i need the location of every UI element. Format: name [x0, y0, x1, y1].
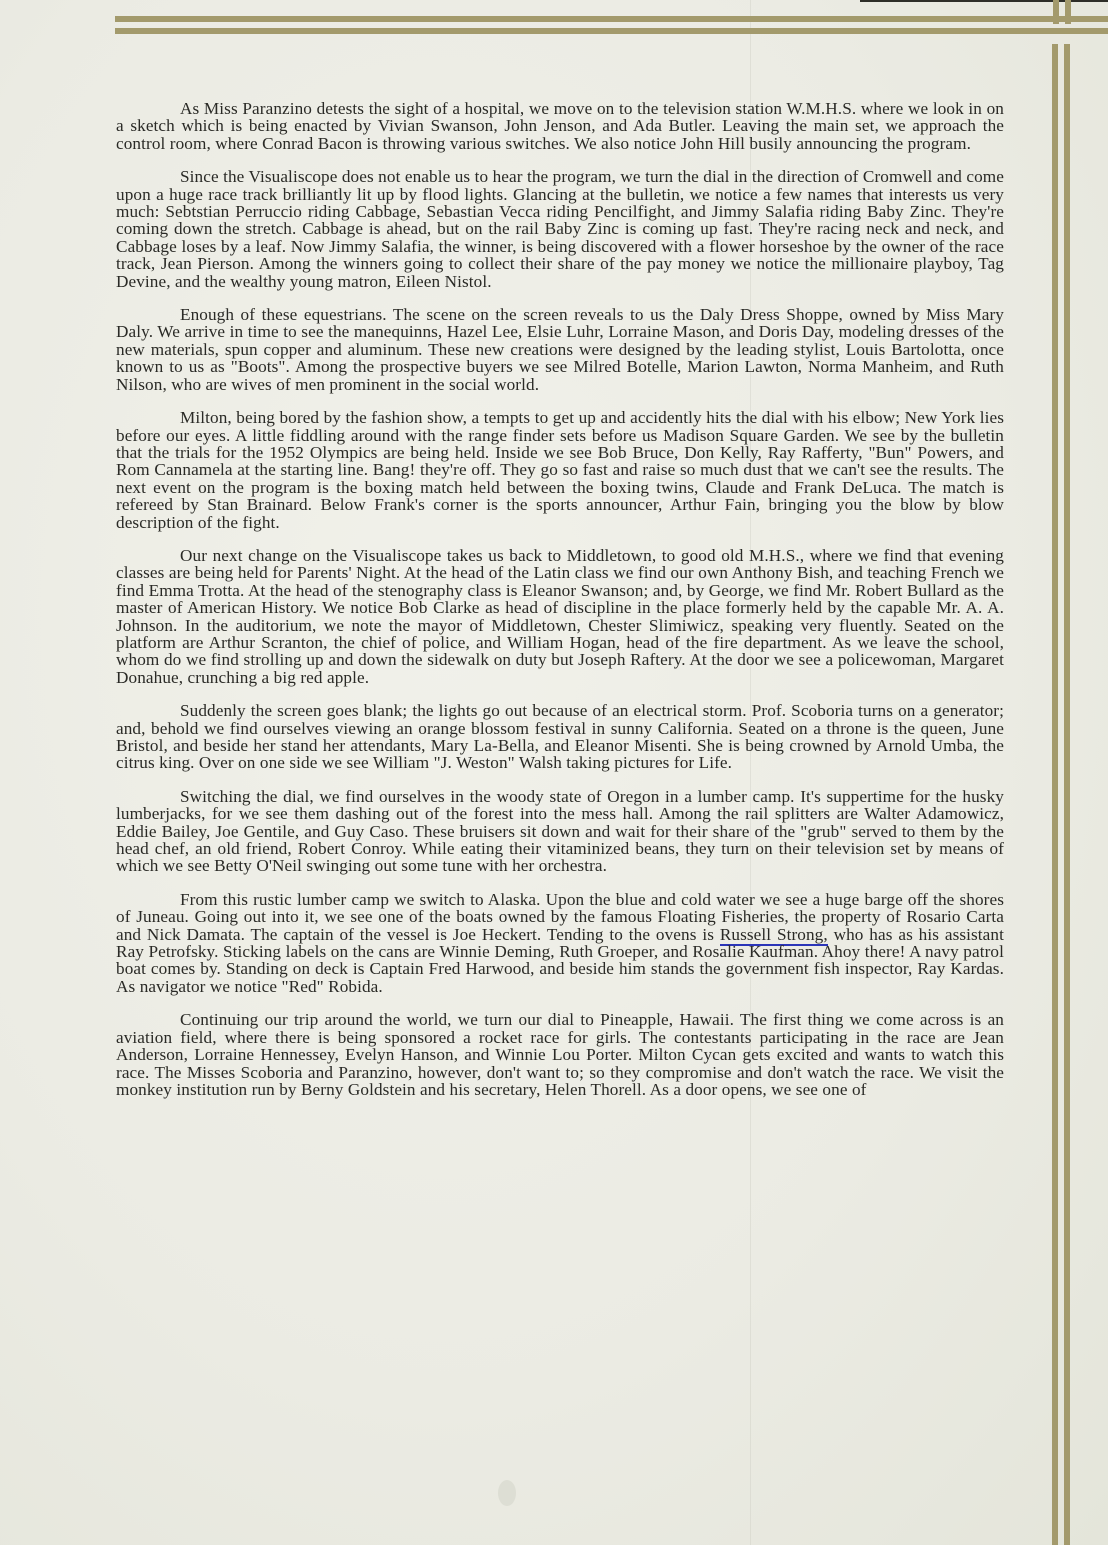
scanned-page: As Miss Paranzino detests the sight of a… [0, 0, 1108, 1545]
right-rule-left [1052, 44, 1058, 1545]
paragraph-television-station: As Miss Paranzino detests the sight of a… [116, 100, 1004, 152]
paragraph-madison-square-garden: Milton, being bored by the fashion show,… [116, 409, 1004, 531]
paragraph-hawaii: Continuing our trip around the world, we… [116, 1011, 1004, 1098]
right-rule-stub-left [1053, 0, 1059, 24]
right-rule-right [1064, 44, 1070, 1545]
paragraph-alaska-fisheries: From this rustic lumber camp we switch t… [116, 891, 1004, 995]
paper-smudge [498, 1480, 516, 1506]
top-rule-lower [115, 28, 1108, 34]
article-body: As Miss Paranzino detests the sight of a… [116, 100, 1004, 1114]
paragraph-oregon-lumber-camp: Switching the dial, we find ourselves in… [116, 788, 1004, 875]
paragraph-race-track: Since the Visualiscope does not enable u… [116, 168, 1004, 290]
paragraph-california-festival: Suddenly the screen goes blank; the ligh… [116, 702, 1004, 772]
top-rule-upper [115, 16, 1108, 22]
paragraph-middletown-mhs: Our next change on the Visualiscope take… [116, 547, 1004, 686]
paragraph-dress-shoppe: Enough of these equestrians. The scene o… [116, 306, 1004, 393]
right-rule-stub-right [1065, 0, 1071, 24]
